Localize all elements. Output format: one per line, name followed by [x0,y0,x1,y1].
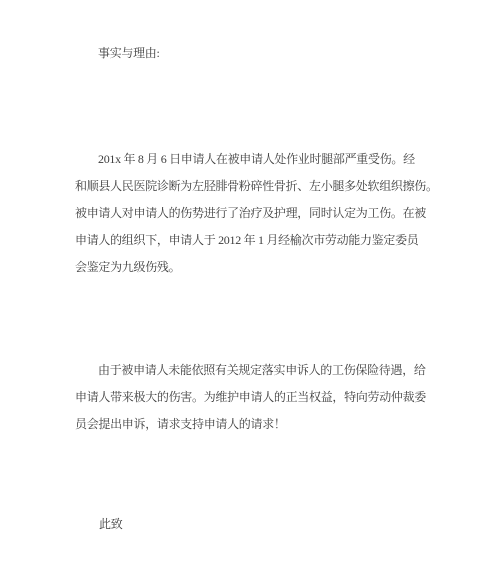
document-page: 事实与理由: 201x 年 8 月 6 日申请人在被申请人处作业时腿部严重受伤。… [0,0,500,565]
paragraph-1: 201x 年 8 月 6 日申请人在被申请人处作业时腿部严重受伤。经 和顺县人民… [75,146,435,281]
paragraph-line: 由于被申请人未能依照有关规定落实申诉人的工伤保险待遇，给 [75,357,435,384]
paragraph-line: 会鉴定为九级伤残。 [75,254,435,281]
paragraph-2: 由于被申请人未能依照有关规定落实申诉人的工伤保险待遇，给 申请人带来极大的伤害。… [75,357,435,438]
closing-phrase: 此致 [99,516,122,533]
paragraph-line: 和顺县人民医院诊断为左胫腓骨粉碎性骨折、左小腿多处软组织擦伤。 [75,173,435,200]
paragraph-line: 被申请人对申请人的伤势进行了治疗及护理，同时认定为工伤。在被 [75,200,435,227]
section-heading: 事实与理由: [98,45,160,62]
paragraph-line: 员会提出申诉，请求支持申请人的请求！ [75,411,435,438]
paragraph-line: 201x 年 8 月 6 日申请人在被申请人处作业时腿部严重受伤。经 [75,146,435,173]
paragraph-line: 申请人带来极大的伤害。为维护申请人的正当权益，特向劳动仲裁委 [75,384,435,411]
paragraph-line: 申请人的组织下，申请人于 2012 年 1 月经榆次市劳动能力鉴定委员 [75,227,435,254]
